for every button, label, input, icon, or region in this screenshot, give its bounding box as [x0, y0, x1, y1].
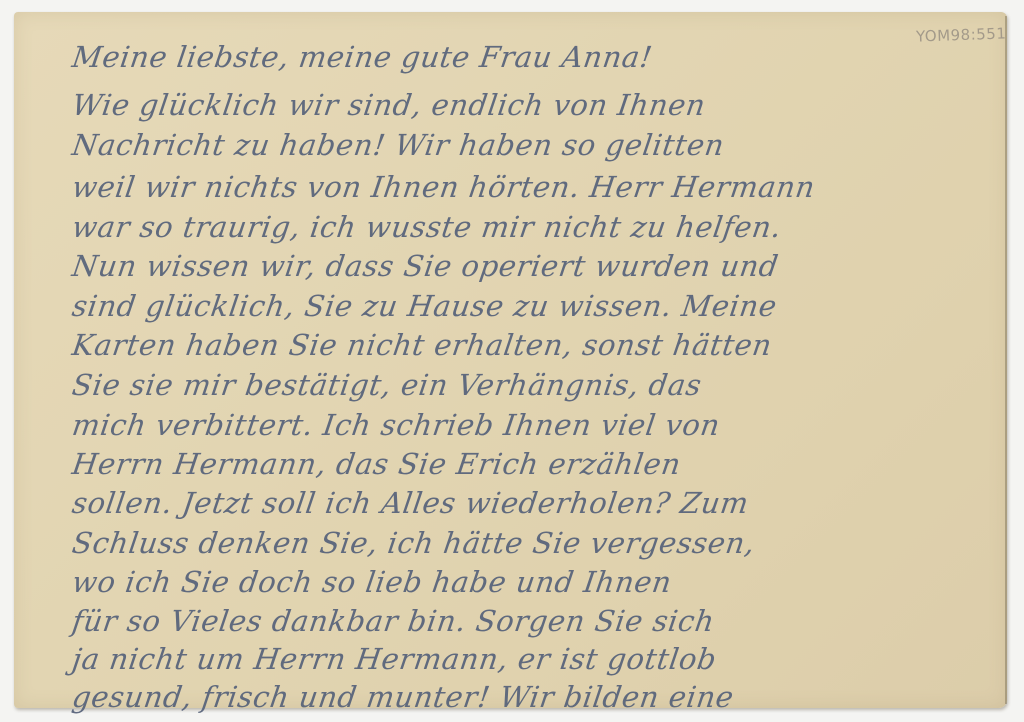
letter-line: weil wir nichts von Ihnen hörten. Herr H…: [70, 170, 817, 204]
letter-line: mich verbittert. Ich schrieb Ihnen viel …: [70, 408, 722, 442]
postcard: YOM98:551 Meine liebste, meine gute Frau…: [14, 12, 1007, 708]
letter-line: für so Vieles dankbar bin. Sorgen Sie si…: [70, 604, 717, 638]
letter-line: Sie sie mir bestätigt, ein Verhängnis, d…: [70, 368, 704, 402]
letter-line: Herrn Hermann, das Sie Erich erzählen: [70, 447, 683, 481]
accession-number: YOM98:551: [916, 24, 1007, 45]
letter-line: Schluss denken Sie, ich hätte Sie verges…: [70, 526, 757, 560]
scanned-document: YOM98:551 Meine liebste, meine gute Frau…: [0, 0, 1024, 722]
letter-line: ja nicht um Herrn Hermann, er ist gottlo…: [70, 642, 719, 676]
letter-line: gesund, frisch und munter! Wir bilden ei…: [70, 680, 736, 714]
letter-line: war so traurig, ich wusste mir nicht zu …: [70, 210, 784, 244]
letter-line: Karten haben Sie nicht erhalten, sonst h…: [70, 328, 774, 362]
letter-line: Meine liebste, meine gute Frau Anna!: [70, 40, 655, 74]
letter-line: wo ich Sie doch so lieb habe und Ihnen: [70, 565, 674, 599]
letter-line: sind glücklich, Sie zu Hause zu wissen. …: [70, 289, 779, 323]
letter-line: Wie glücklich wir sind, endlich von Ihne…: [70, 88, 708, 122]
letter-line: Nun wissen wir, dass Sie operiert wurden…: [70, 249, 781, 283]
letter-line: sollen. Jetzt soll ich Alles wiederholen…: [70, 486, 751, 520]
letter-line: Nachricht zu haben! Wir haben so gelitte…: [70, 128, 727, 162]
